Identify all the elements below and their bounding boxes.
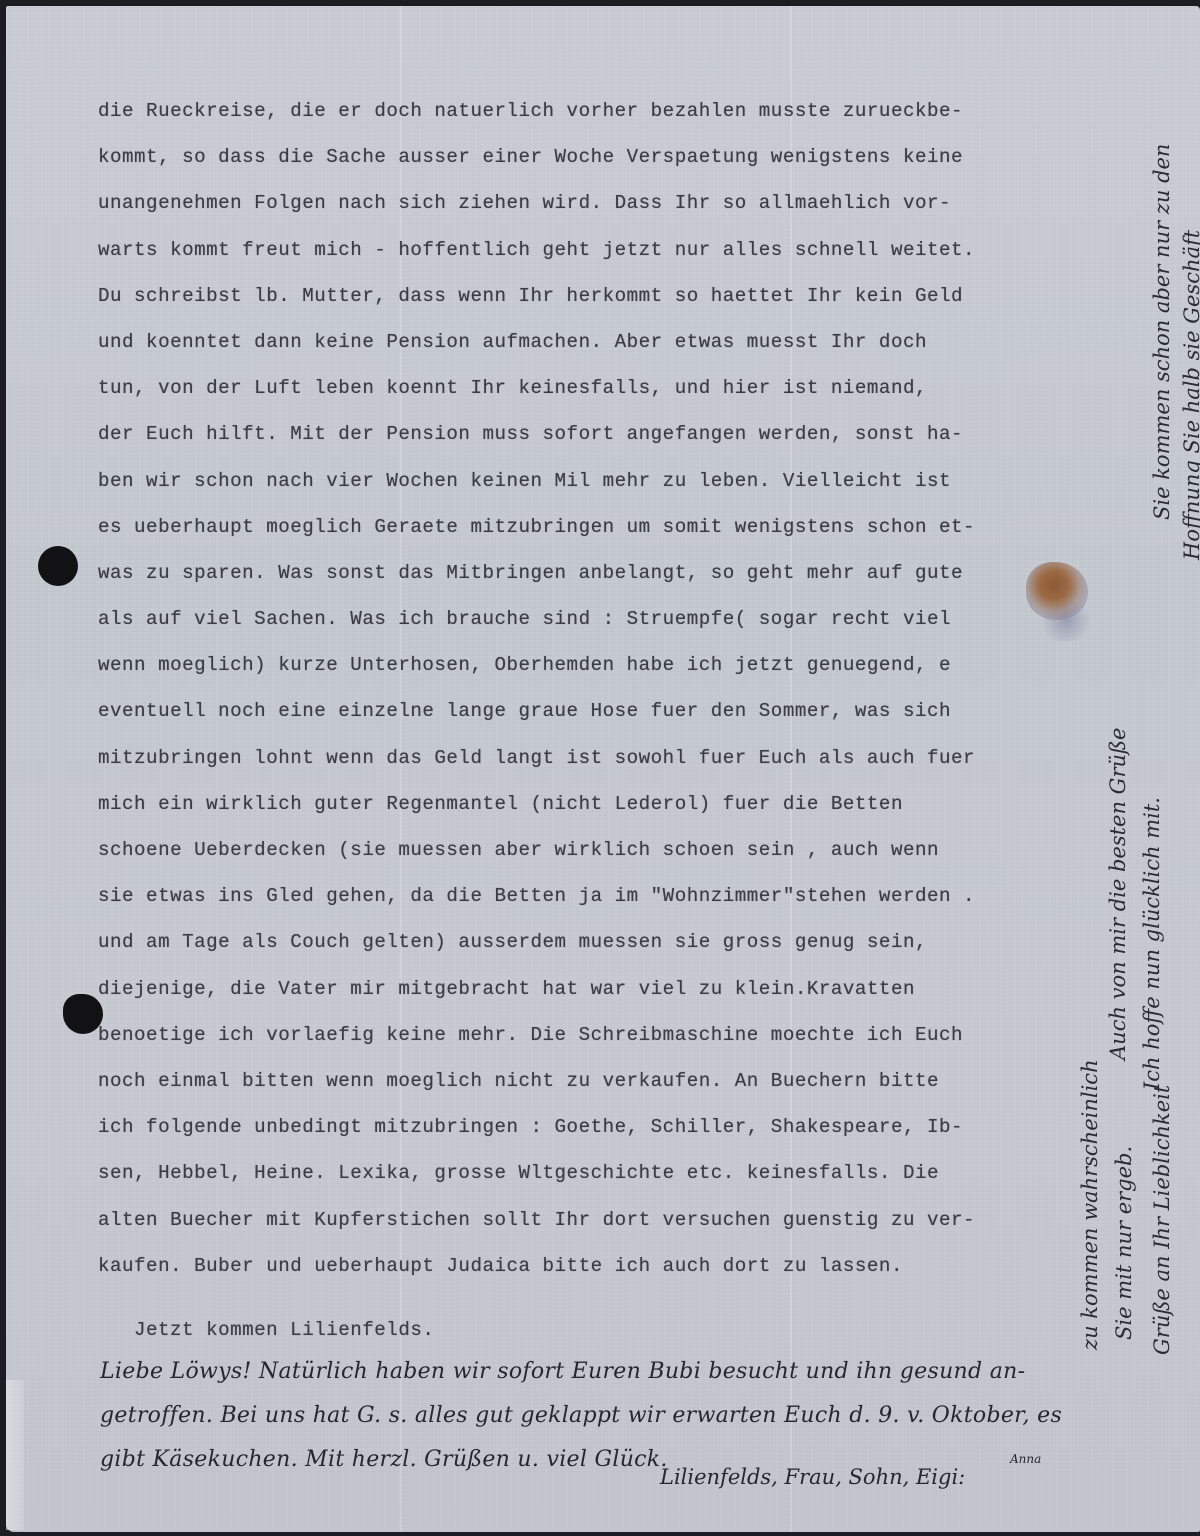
typed-body: die Rueckreise, die er doch natuerlich v… bbox=[98, 96, 1108, 1361]
typed-line: ich folgende unbedingt mitzubringen : Go… bbox=[98, 1112, 1108, 1158]
margin-note: Ich hoffe nun glücklich mit. bbox=[1140, 797, 1164, 1090]
punch-hole-icon bbox=[63, 994, 103, 1034]
typed-line: warts kommt freut mich - hoffentlich geh… bbox=[98, 235, 1108, 281]
typed-line: die Rueckreise, die er doch natuerlich v… bbox=[98, 96, 1108, 142]
typed-line: eventuell noch eine einzelne lange graue… bbox=[98, 696, 1108, 742]
typed-line: der Euch hilft. Mit der Pension muss sof… bbox=[98, 419, 1108, 465]
margin-note: Auch von mir die besten Grüße bbox=[1106, 728, 1130, 1060]
typed-line: mitzubringen lohnt wenn das Geld langt i… bbox=[98, 743, 1108, 789]
punch-hole-icon bbox=[38, 546, 78, 586]
typed-line: wenn moeglich) kurze Unterhosen, Oberhem… bbox=[98, 650, 1108, 696]
margin-note: Grüße an Ihr Lieblichkeit bbox=[1150, 1085, 1174, 1355]
handwritten-line: getroffen. Bei uns hat G. s. alles gut g… bbox=[100, 1396, 1140, 1440]
margin-note: zu kommen wahrscheinlich bbox=[1078, 1059, 1102, 1350]
margin-note: Hoffnung Sie halb sie Geschäft bbox=[1180, 230, 1200, 560]
signature-superscript: Anna bbox=[1010, 1452, 1041, 1466]
handwritten-postscript: Liebe Löwys! Natürlich haben wir sofort … bbox=[100, 1352, 1140, 1484]
paper-torn-edge bbox=[6, 1380, 24, 1530]
margin-note: Sie mit nur ergeb. bbox=[1112, 1146, 1136, 1340]
typed-line: noch einmal bitten wenn moeglich nicht z… bbox=[98, 1066, 1108, 1112]
typed-line: diejenige, die Vater mir mitgebracht hat… bbox=[98, 974, 1108, 1020]
typed-line: was zu sparen. Was sonst das Mitbringen … bbox=[98, 558, 1108, 604]
typed-line: es ueberhaupt moeglich Geraete mitzubrin… bbox=[98, 512, 1108, 558]
handwritten-line: gibt Käsekuchen. Mit herzl. Grüßen u. vi… bbox=[100, 1440, 1140, 1484]
handwritten-line: Liebe Löwys! Natürlich haben wir sofort … bbox=[100, 1352, 1140, 1396]
handwritten-signature: Lilienfelds, Frau, Sohn, Eigi: bbox=[660, 1465, 965, 1489]
typed-line: und koenntet dann keine Pension aufmache… bbox=[98, 327, 1108, 373]
typed-line: benoetige ich vorlaefig keine mehr. Die … bbox=[98, 1020, 1108, 1066]
typed-line: ben wir schon nach vier Wochen keinen Mi… bbox=[98, 466, 1108, 512]
typed-line: mich ein wirklich guter Regenmantel (nic… bbox=[98, 789, 1108, 835]
document-scan: die Rueckreise, die er doch natuerlich v… bbox=[0, 0, 1200, 1536]
typed-line: sen, Hebbel, Heine. Lexika, grosse Wltge… bbox=[98, 1158, 1108, 1204]
typed-line: Du schreibst lb. Mutter, dass wenn Ihr h… bbox=[98, 281, 1108, 327]
typed-line: kommt, so dass die Sache ausser einer Wo… bbox=[98, 142, 1108, 188]
typed-line: schoene Ueberdecken (sie muessen aber wi… bbox=[98, 835, 1108, 881]
typed-line: alten Buecher mit Kupferstichen sollt Ih… bbox=[98, 1205, 1108, 1251]
typed-line: als auf viel Sachen. Was ich brauche sin… bbox=[98, 604, 1108, 650]
typed-line: und am Tage als Couch gelten) ausserdem … bbox=[98, 927, 1108, 973]
typed-line: kaufen. Buber und ueberhaupt Judaica bit… bbox=[98, 1251, 1108, 1297]
typed-line: tun, von der Luft leben koennt Ihr keine… bbox=[98, 373, 1108, 419]
typed-line: unangenehmen Folgen nach sich ziehen wir… bbox=[98, 188, 1108, 234]
typed-line: sie etwas ins Gled gehen, da die Betten … bbox=[98, 881, 1108, 927]
margin-note: Sie kommen schon aber nur zu den bbox=[1150, 144, 1174, 520]
